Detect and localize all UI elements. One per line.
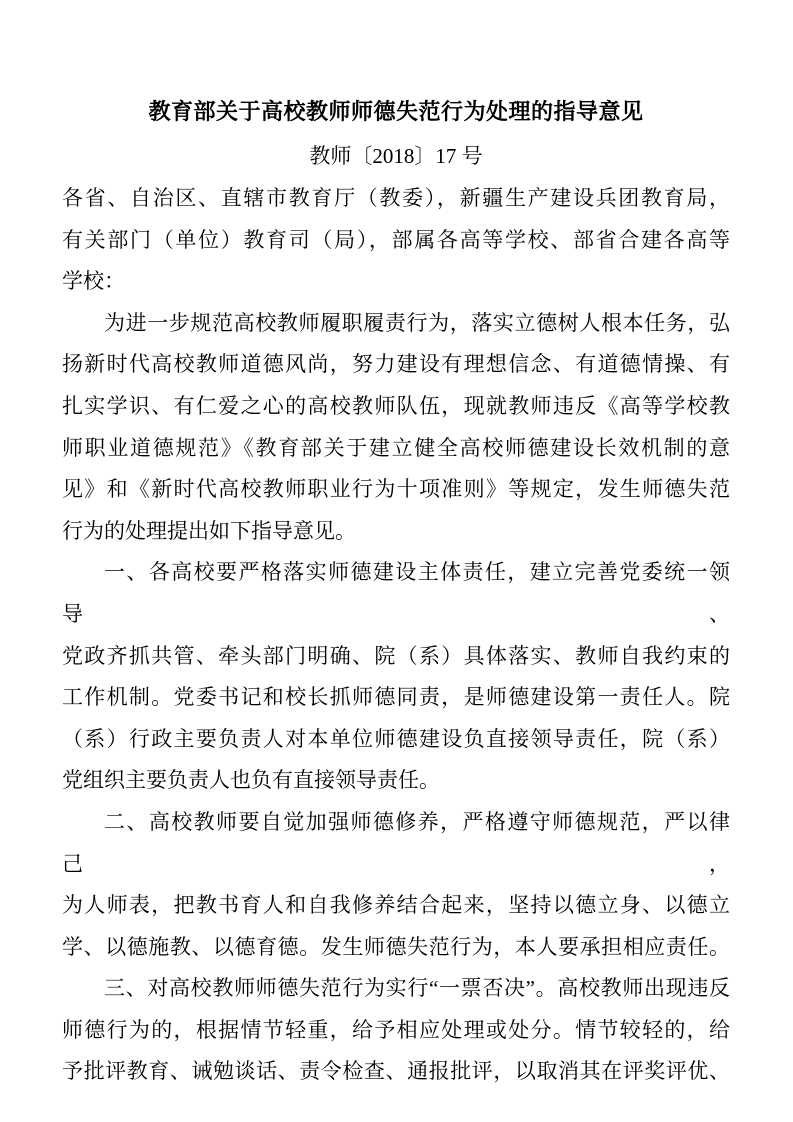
item-3-paragraph: 三、对高校教师师德失范行为实行“一票否决”。高校教师出现违反师德行为的，根据情节… [62, 968, 730, 1093]
text-line: 党政齐抓共管、牵头部门明确、院（系）具体落实、教师自我约束的 [62, 636, 730, 678]
item-1-paragraph: 一、各高校要严格落实师德建设主体责任，建立完善党委统一领导、党政齐抓共管、牵头部… [62, 552, 730, 802]
document-body: 各省、自治区、直辖市教育厅（教委），新疆生产建设兵团教育局，有关部门（单位）教育… [62, 178, 730, 1093]
text-line: 为进一步规范高校教师履职履责行为，落实立德树人根本任务，弘 [62, 303, 730, 345]
text-line: 扬新时代高校教师道德风尚，努力建设有理想信念、有道德情操、有 [62, 344, 730, 386]
text-line: 予批评教育、诫勉谈话、责令检查、通报批评，以取消其在评奖评优、 [62, 1051, 730, 1093]
intro-paragraph: 为进一步规范高校教师履职履责行为，落实立德树人根本任务，弘扬新时代高校教师道德风… [62, 303, 730, 553]
text-line: 三、对高校教师师德失范行为实行“一票否决”。高校教师出现违反 [62, 968, 730, 1010]
text-line: 二、高校教师要自觉加强师德修养，严格遵守师德规范，严以律己， [62, 802, 730, 885]
document-number: 教师〔2018〕17 号 [62, 141, 730, 171]
text-line: 为人师表，把教书育人和自我修养结合起来，坚持以德立身、以德立 [62, 885, 730, 927]
text-line: 师德行为的，根据情节轻重，给予相应处理或处分。情节较轻的，给 [62, 1010, 730, 1052]
item-2-paragraph: 二、高校教师要自觉加强师德修养，严格遵守师德规范，严以律己，为人师表，把教书育人… [62, 802, 730, 968]
text-line: 各省、自治区、直辖市教育厅（教委），新疆生产建设兵团教育局， [62, 178, 730, 220]
document-page: 教育部关于高校教师师德失范行为处理的指导意见 教师〔2018〕17 号 各省、自… [0, 0, 793, 1122]
text-line: 工作机制。党委书记和校长抓师德同责，是师德建设第一责任人。院 [62, 677, 730, 719]
text-line: 党组织主要负责人也负有直接领导责任。 [62, 760, 730, 802]
text-line: 学、以德施教、以德育德。发生师德失范行为，本人要承担相应责任。 [62, 927, 730, 969]
text-line: （系）行政主要负责人对本单位师德建设负直接领导责任，院（系） [62, 719, 730, 761]
recipients-paragraph: 各省、自治区、直辖市教育厅（教委），新疆生产建设兵团教育局，有关部门（单位）教育… [62, 178, 730, 303]
text-line: 一、各高校要严格落实师德建设主体责任，建立完善党委统一领导、 [62, 552, 730, 635]
text-line: 师职业道德规范》《教育部关于建立健全高校师德建设长效机制的意 [62, 428, 730, 470]
text-line: 见》和《新时代高校教师职业行为十项准则》等规定，发生师德失范 [62, 469, 730, 511]
document-title: 教育部关于高校教师师德失范行为处理的指导意见 [62, 96, 730, 128]
text-line: 有关部门（单位）教育司（局），部属各高等学校、部省合建各高等 [62, 220, 730, 262]
text-line: 学校： [62, 261, 730, 303]
text-line: 行为的处理提出如下指导意见。 [62, 511, 730, 553]
text-line: 扎实学识、有仁爱之心的高校教师队伍，现就教师违反《高等学校教 [62, 386, 730, 428]
